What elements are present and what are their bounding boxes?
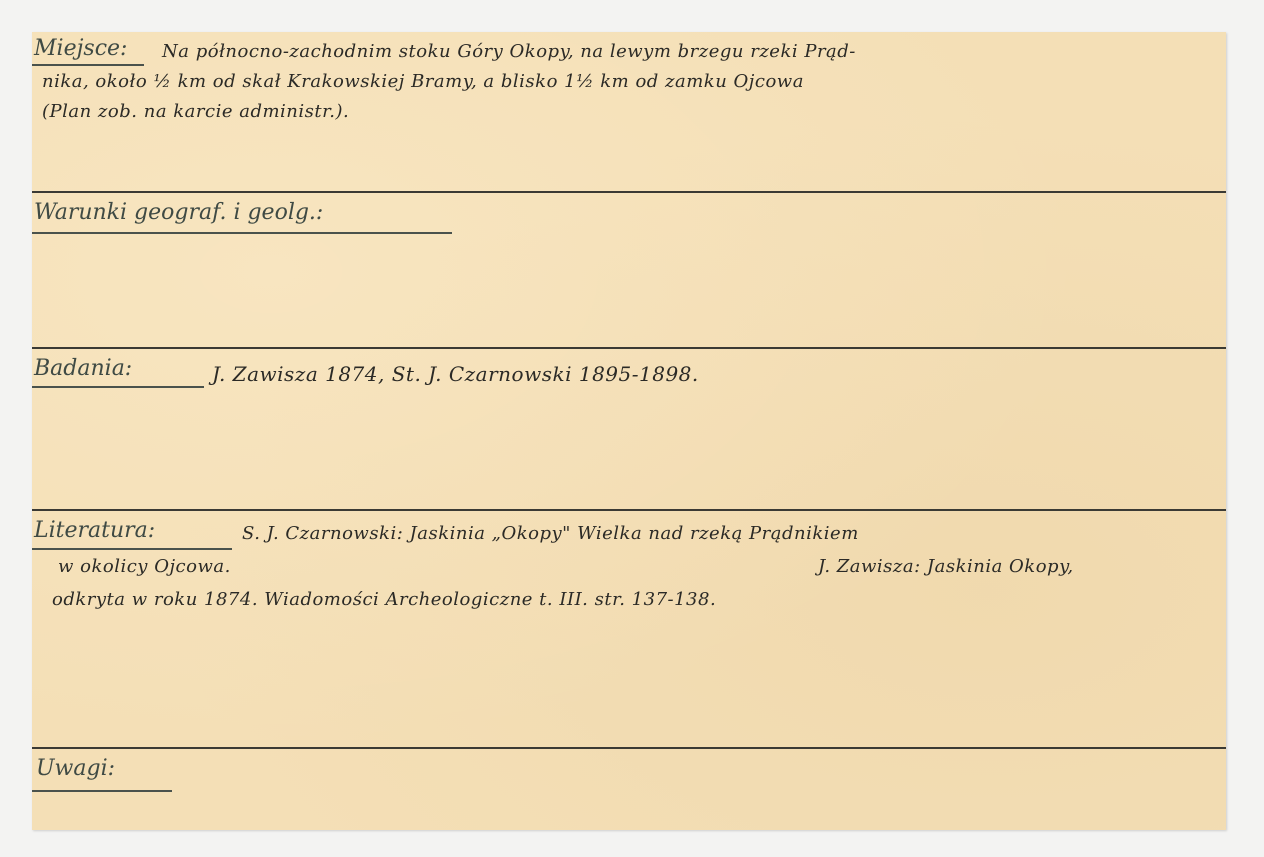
index-card: Miejsce: Na północno-zachodnim stoku Gór… <box>32 32 1226 830</box>
divider-rule <box>32 191 1226 193</box>
section-label-badania: Badania: <box>34 356 132 382</box>
label-underline <box>32 790 172 792</box>
divider-rule <box>32 347 1226 349</box>
literatura-line-1: S. J. Czarnowski: Jaskinia „Okopy" Wielk… <box>242 522 859 546</box>
label-underline <box>32 548 232 550</box>
section-label-literatura: Literatura: <box>34 518 155 544</box>
divider-rule <box>32 509 1226 511</box>
literatura-line-4: odkryta w roku 1874. Wiadomości Archeolo… <box>52 588 716 612</box>
label-underline <box>32 386 204 388</box>
badania-line-1: J. Zawisza 1874, St. J. Czarnowski 1895-… <box>212 362 699 386</box>
section-label-warunki: Warunki geograf. i geolg.: <box>34 200 323 226</box>
section-label-miejsce: Miejsce: <box>34 36 127 62</box>
literatura-line-2: w okolicy Ojcowa. <box>58 555 231 579</box>
literatura-line-3: J. Zawisza: Jaskinia Okopy, <box>818 555 1074 579</box>
section-label-uwagi: Uwagi: <box>36 756 115 782</box>
miejsce-line-2: nika, około ½ km od skał Krakowskiej Bra… <box>42 70 804 94</box>
label-underline <box>32 232 452 234</box>
miejsce-line-3: (Plan zob. na karcie administr.). <box>42 100 349 124</box>
divider-rule <box>32 747 1226 749</box>
miejsce-line-1: Na północno-zachodnim stoku Góry Okopy, … <box>162 40 856 64</box>
label-underline <box>32 64 144 66</box>
